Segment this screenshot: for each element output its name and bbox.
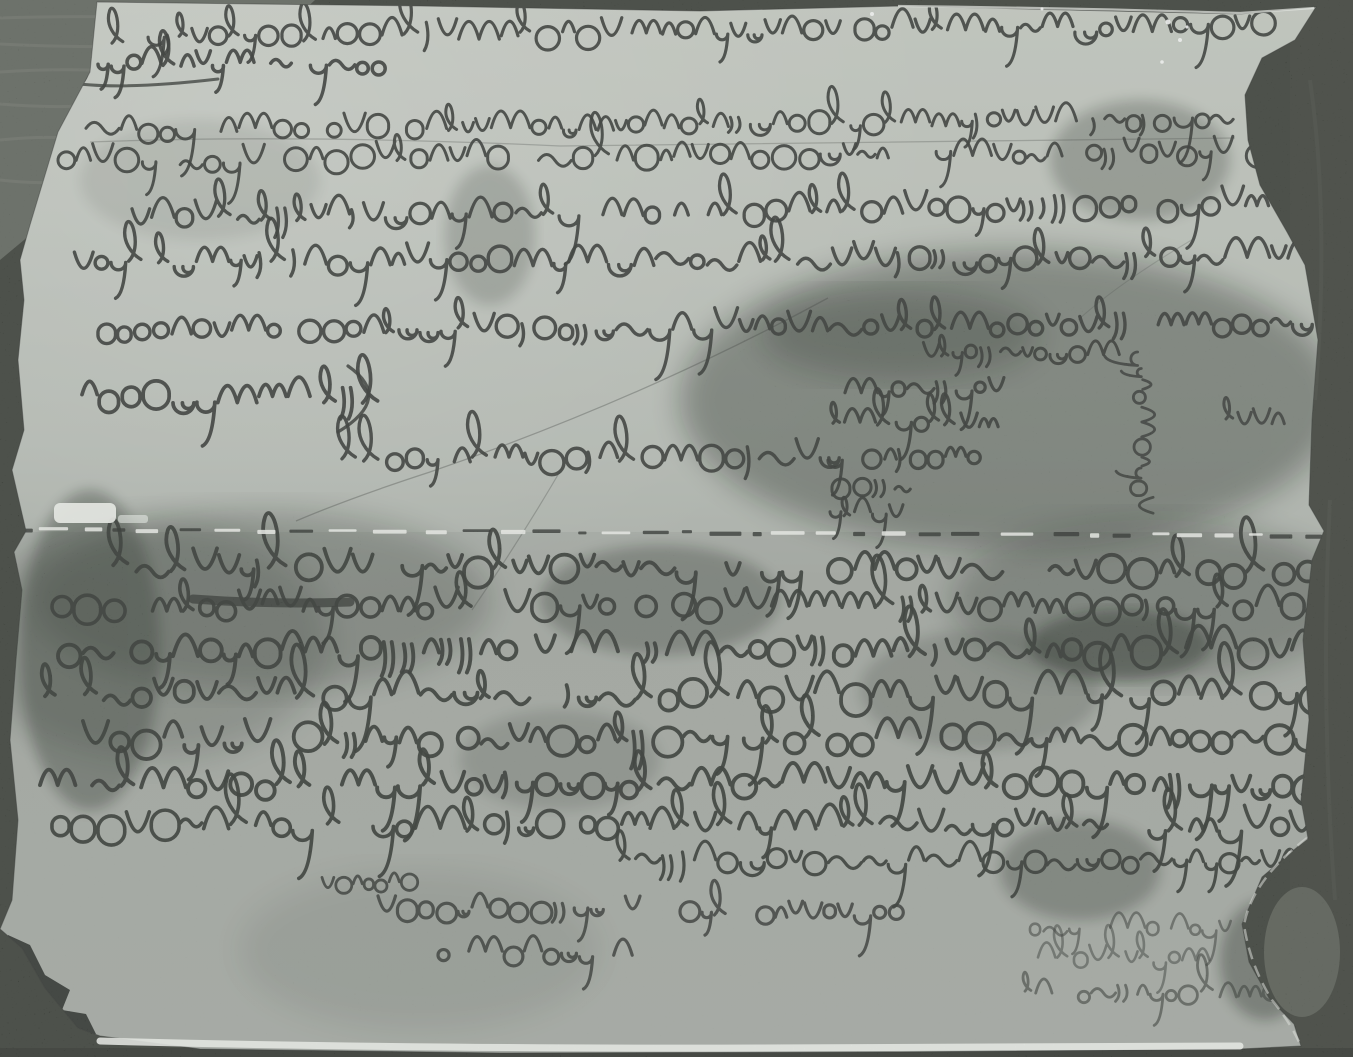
film-grain-overlay <box>0 0 1353 1057</box>
manuscript-photograph: Black-and-white photograph of an aged fo… <box>0 0 1353 1057</box>
manuscript-canvas <box>0 0 1353 1057</box>
